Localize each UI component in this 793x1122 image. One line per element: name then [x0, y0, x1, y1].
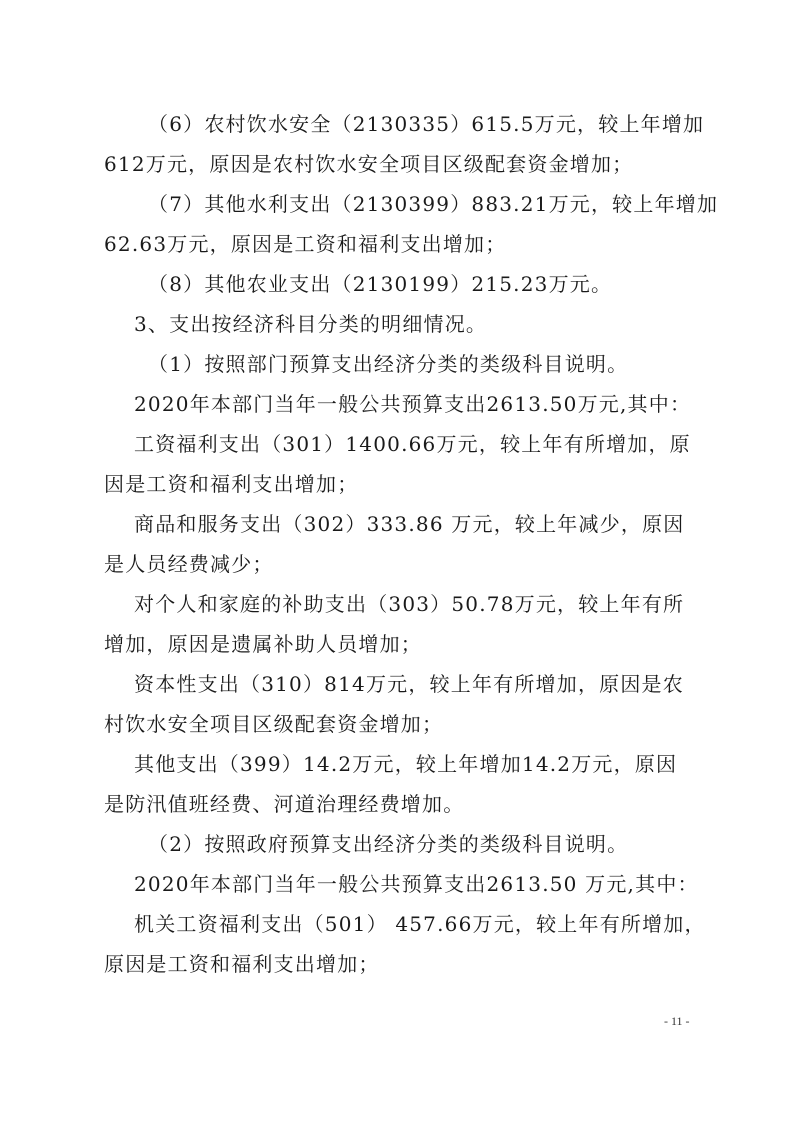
- paragraph-line: （7）其他水利支出（2130399）883.21万元，较上年增加: [104, 184, 696, 224]
- paragraph-line: 增加，原因是遗属补助人员增加；: [104, 624, 696, 664]
- paragraph-line: 是防汛值班经费、河道治理经费增加。: [104, 784, 696, 824]
- paragraph-line: 资本性支出（310）814万元，较上年有所增加，原因是农: [104, 664, 696, 704]
- paragraph-line: 对个人和家庭的补助支出（303）50.78万元，较上年有所: [104, 584, 696, 624]
- paragraph-line: 机关工资福利支出（501） 457.66万元，较上年有所增加，: [104, 904, 696, 944]
- paragraph-line: 村饮水安全项目区级配套资金增加；: [104, 704, 696, 744]
- subsection-heading: （2）按照政府预算支出经济分类的类级科目说明。: [104, 824, 696, 864]
- paragraph-line: 62.63万元，原因是工资和福利支出增加；: [104, 224, 696, 264]
- paragraph-line: 工资福利支出（301）1400.66万元，较上年有所增加，原: [104, 424, 696, 464]
- section-heading: 3、支出按经济科目分类的明细情况。: [104, 304, 696, 344]
- document-body: （6）农村饮水安全（2130335）615.5万元，较上年增加 612万元，原因…: [104, 104, 696, 984]
- document-page: （6）农村饮水安全（2130335）615.5万元，较上年增加 612万元，原因…: [0, 0, 793, 1122]
- paragraph-line: 其他支出（399）14.2万元，较上年增加14.2万元，原因: [104, 744, 696, 784]
- paragraph-line: 2020年本部门当年一般公共预算支出2613.50 万元,其中：: [104, 864, 696, 904]
- paragraph-line: 是人员经费减少；: [104, 544, 696, 584]
- paragraph-line: 612万元，原因是农村饮水安全项目区级配套资金增加；: [104, 144, 696, 184]
- paragraph-line: （8）其他农业支出（2130199）215.23万元。: [104, 264, 696, 304]
- paragraph-line: （6）农村饮水安全（2130335）615.5万元，较上年增加: [104, 104, 696, 144]
- paragraph-line: 2020年本部门当年一般公共预算支出2613.50万元,其中：: [104, 384, 696, 424]
- paragraph-line: 因是工资和福利支出增加；: [104, 464, 696, 504]
- page-number: - 11 -: [664, 1014, 690, 1029]
- subsection-heading: （1）按照部门预算支出经济分类的类级科目说明。: [104, 344, 696, 384]
- paragraph-line: 商品和服务支出（302）333.86 万元，较上年减少，原因: [104, 504, 696, 544]
- paragraph-line: 原因是工资和福利支出增加；: [104, 944, 696, 984]
